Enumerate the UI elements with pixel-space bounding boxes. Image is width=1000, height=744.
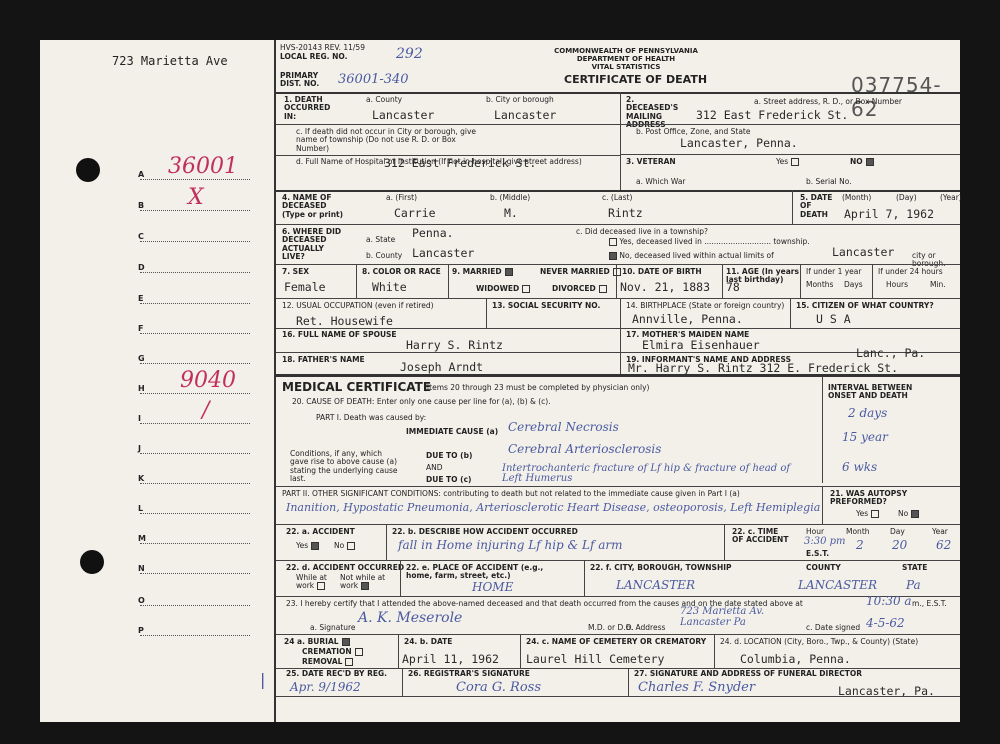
father-name: Joseph Arndt — [400, 360, 483, 374]
medical-note: (Items 20 through 23 must be completed b… — [424, 384, 649, 392]
date-signed-label: c. Date signed — [806, 624, 860, 632]
stub-line-k: K — [140, 468, 250, 484]
citizenship: U S A — [816, 312, 851, 326]
accident-occurred-label: 22. d. ACCIDENT OCCURRED — [286, 564, 404, 572]
stub-line-e: E — [140, 288, 250, 304]
accident-month: 2 — [856, 538, 864, 552]
agency-line-2: DEPARTMENT OF HEALTH — [536, 55, 716, 63]
accident-state: Pa — [906, 578, 921, 592]
min-label: Min. — [930, 281, 946, 289]
interval-a: 2 days — [848, 406, 887, 420]
burial-date-label: 24. b. DATE — [404, 638, 452, 646]
medical-certificate-title: MEDICAL CERTIFICATE — [282, 380, 431, 394]
certificate-form: HVS-20143 REV. 11/59 LOCAL REG. NO. 292 … — [276, 40, 960, 722]
ssn-label: 13. SOCIAL SECURITY NO. — [492, 302, 600, 310]
under-year-label: If under 1 year — [806, 268, 861, 276]
stub-line-i: I/ — [140, 408, 250, 424]
cause-b: Cerebral Arteriosclerosis — [508, 442, 661, 456]
item6-label: 6. WHERE DID DECEASED ACTUALLY LIVE? — [282, 228, 342, 261]
cremation-option[interactable]: CREMATION — [302, 648, 363, 656]
other-conditions: Inanition, Hypostatic Pneumonia, Arterio… — [286, 502, 826, 513]
hospital-name: 312 East Frederick St. — [384, 156, 536, 170]
acc-day-label: Day — [890, 528, 905, 536]
accident-day: 20 — [892, 538, 907, 552]
last-name: Rintz — [608, 206, 643, 220]
accident-desc-label: 22. b. DESCRIBE HOW ACCIDENT OCCURRED — [392, 528, 578, 536]
accident-city: LANCASTER — [616, 578, 695, 592]
cemetery-label: 24. c. NAME OF CEMETERY OR CREMATORY — [526, 638, 706, 646]
due-c-label: DUE TO (c) — [426, 476, 471, 484]
address-label: b. Address — [626, 624, 665, 632]
physician-signature: A. K. Meserole — [358, 610, 462, 626]
serial-label: b. Serial No. — [806, 178, 852, 186]
while-at-work[interactable]: While at work — [296, 574, 336, 591]
sex-label: 7. SEX — [282, 268, 309, 276]
punch-hole — [76, 158, 100, 182]
stub-line-c: C — [140, 226, 250, 242]
never-married-option[interactable]: NEVER MARRIED — [540, 268, 621, 276]
residence-state: Penna. — [412, 226, 454, 240]
citizen-label: 15. CITIZEN OF WHAT COUNTRY? — [796, 302, 934, 310]
mailing-post: Lancaster, Penna. — [680, 136, 798, 150]
city-label: b. City or borough — [486, 96, 554, 104]
stub-line-d: D — [140, 257, 250, 273]
months-label: Months — [806, 281, 833, 289]
burial-date: April 11, 1962 — [402, 652, 499, 666]
stub-line-g: G — [140, 348, 250, 364]
race-label: 8. COLOR OR RACE — [362, 268, 441, 276]
interval-label: INTERVAL BETWEEN ONSET AND DEATH — [828, 384, 918, 401]
birthplace-label: 14. BIRTHPLACE (State or foreign country… — [626, 302, 784, 310]
death-county: Lancaster — [372, 108, 434, 122]
registrar-signature: Cora G. Ross — [456, 680, 541, 695]
stub-line-n: N — [140, 558, 250, 574]
date-of-death: April 7, 1962 — [844, 207, 934, 221]
under-24-label: If under 24 hours — [878, 268, 943, 276]
stub-line-b: BX — [140, 195, 250, 211]
residence-county: Lancaster — [412, 246, 474, 260]
date-received: Apr. 9/1962 — [290, 680, 361, 694]
occupation-label: 12. USUAL OCCUPATION (even if retired) — [282, 302, 434, 310]
date-signed: 4-5-62 — [866, 616, 905, 630]
accident-description: fall in Home injuring Lf hip & Lf arm — [398, 538, 623, 552]
street-label: a. Street address, R. D., or Box Number — [754, 98, 902, 106]
est-label: E.S.T. — [806, 550, 829, 558]
removal-option[interactable]: REMOVAL — [302, 658, 353, 666]
month-label: (Month) — [842, 194, 871, 202]
year-label: (Year) — [940, 194, 962, 202]
last-label: c. (Last) — [602, 194, 632, 202]
veteran-label: 3. VETERAN — [626, 158, 676, 166]
accident-no[interactable]: No — [334, 542, 355, 550]
accident-hour: 3:30 pm — [804, 536, 846, 547]
item5-label: 5. DATE OF DEATH — [800, 194, 834, 219]
days-label: Days — [844, 281, 863, 289]
first-name: Carrie — [394, 206, 436, 220]
accident-county-label: COUNTY — [806, 564, 841, 572]
item4-label: 4. NAME OF DECEASED (Type or print) — [282, 194, 352, 219]
stub-address: 723 Marietta Ave — [112, 54, 228, 68]
veteran-yes[interactable]: Yes — [776, 158, 799, 166]
war-label: a. Which War — [636, 178, 686, 186]
middle-label: b. (Middle) — [490, 194, 530, 202]
post-label: b. Post Office, Zone, and State — [636, 128, 750, 136]
stub-line-o: O — [140, 590, 250, 606]
stub-line-a: A36001 — [140, 164, 250, 180]
local-reg-value: 292 — [396, 46, 423, 62]
autopsy-label: 21. WAS AUTOPSY PREFORMED? — [830, 490, 910, 507]
burial-option[interactable]: 24 a. BURIAL — [284, 638, 350, 646]
township-question: c. Did deceased live in a township? — [576, 228, 708, 236]
not-at-work[interactable]: Not while at work — [340, 574, 386, 591]
married-option[interactable]: 9. MARRIED — [452, 268, 513, 276]
spouse-label: 16. FULL NAME OF SPOUSE — [282, 331, 397, 339]
divorced-option[interactable]: DIVORCED — [552, 285, 607, 293]
item1-label: 1. DEATH OCCURRED IN: — [284, 96, 344, 121]
township-no[interactable]: No, deceased lived within actual limits … — [606, 252, 774, 260]
stub-line-p: P — [140, 620, 250, 636]
father-label: 18. FATHER'S NAME — [282, 356, 365, 364]
sex: Female — [284, 280, 326, 294]
widowed-option[interactable]: WIDOWED — [476, 285, 530, 293]
occupation: Ret. Housewife — [296, 314, 393, 328]
middle-name: M. — [504, 206, 518, 220]
immediate-cause-label: IMMEDIATE CAUSE (a) — [406, 428, 498, 436]
township-yes[interactable]: Yes, deceased lived in .................… — [606, 238, 810, 246]
date-received-label: 25. DATE REC'D BY REG. — [286, 670, 387, 678]
first-label: a. (First) — [386, 194, 417, 202]
accident-county: LANCASTER — [798, 578, 877, 592]
mailing-street: 312 East Frederick St. — [696, 108, 848, 122]
and-label: AND — [426, 464, 443, 472]
cause-label: 20. CAUSE OF DEATH: Enter only one cause… — [292, 398, 551, 406]
spouse-name: Harry S. Rintz — [406, 338, 503, 352]
race: White — [372, 280, 407, 294]
veteran-no[interactable]: NO — [850, 158, 874, 166]
death-certificate: 723 Marietta Ave A36001 BX C D E F G H90… — [40, 40, 960, 722]
state-label: a. State — [366, 236, 395, 244]
stub-line-m: M — [140, 528, 250, 544]
form-id: HVS-20143 REV. 11/59 — [280, 44, 365, 52]
local-reg-label: LOCAL REG. NO. — [280, 53, 347, 61]
conditions-label: Conditions, if any, which gave rise to a… — [290, 450, 400, 483]
res-county-label: b. County — [366, 252, 402, 260]
time-suffix: m., E.S.T. — [912, 600, 947, 608]
accident-state-label: STATE — [902, 564, 927, 572]
informant: Mr. Harry S. Rintz 312 E. Frederick St. — [628, 361, 898, 375]
death-city: Lancaster — [494, 108, 556, 122]
accident-place: HOME — [472, 580, 513, 594]
accident-yes[interactable]: Yes — [296, 542, 319, 550]
accident-year: 62 — [936, 538, 951, 552]
punch-hole — [80, 550, 104, 574]
hour-label: Hour — [806, 528, 824, 536]
part1-label: PART I. Death was caused by: — [316, 414, 426, 422]
cause-a: Cerebral Necrosis — [508, 420, 619, 434]
cause-c: Intertrochanteric fracture of Lf hip & f… — [502, 464, 802, 484]
stub-line-h: H9040 — [140, 378, 250, 394]
autopsy-no[interactable]: No — [898, 510, 919, 518]
physician-address: 723 Marietta Av. Lancaster Pa — [680, 606, 790, 628]
accident-place-label: 22. e. PLACE OF ACCIDENT (e.g., home, fa… — [406, 564, 566, 581]
funeral-director-label: 27. SIGNATURE AND ADDRESS OF FUNERAL DIR… — [634, 670, 862, 678]
acc-year-label: Year — [932, 528, 948, 536]
primary-dist-value: 36001-340 — [338, 72, 409, 87]
accident-label: 22. a. ACCIDENT — [286, 528, 355, 536]
registrar-label: 26. REGISTRAR'S SIGNATURE — [408, 670, 530, 678]
accident-city-label: 22. f. CITY, BOROUGH, TOWNSHIP — [590, 564, 732, 572]
date-of-birth: Nov. 21, 1883 — [620, 280, 710, 294]
primary-dist-label: PRIMARY DIST. NO. — [280, 72, 320, 89]
due-b-label: DUE TO (b) — [426, 452, 472, 460]
residence-city: Lancaster — [832, 245, 894, 259]
age: 78 — [726, 280, 740, 294]
birthplace: Annville, Penna. — [632, 312, 743, 326]
signature-label: a. Signature — [310, 624, 356, 632]
county-label: a. County — [366, 96, 402, 104]
stub-line-j: J — [140, 438, 250, 454]
accident-time-label: 22. c. TIME OF ACCIDENT — [732, 528, 792, 545]
mother-maiden-name: Elmira Eisenhauer — [642, 338, 760, 352]
acc-month-label: Month — [846, 528, 870, 536]
stub-line-f: F — [140, 318, 250, 334]
agency-line-1: COMMONWEALTH OF PENNSYLVANIA — [536, 47, 716, 55]
day-label: (Day) — [896, 194, 917, 202]
cemetery-location: Columbia, Penna. — [740, 652, 851, 666]
interval-c: 6 wks — [842, 460, 877, 474]
funeral-director-signature: Charles F. Snyder — [638, 680, 755, 695]
autopsy-yes[interactable]: Yes — [856, 510, 879, 518]
dob-label: 10. DATE OF BIRTH — [622, 268, 702, 276]
location-label: 24. d. LOCATION (City, Boro., Twp., & Co… — [720, 638, 918, 646]
cemetery-name: Laurel Hill Cemetery — [526, 652, 664, 666]
township-label: c. If death did not occur in City or bor… — [296, 128, 486, 153]
part2-label: PART II. OTHER SIGNIFICANT CONDITIONS: c… — [282, 490, 822, 498]
interval-b: 15 year — [842, 430, 888, 444]
certificate-title: CERTIFICATE OF DEATH — [564, 73, 707, 86]
stub-mark: | — [260, 670, 265, 689]
informant-city: Lanc., Pa. — [856, 346, 925, 360]
hours-label: Hours — [886, 281, 908, 289]
stub-line-l: L — [140, 498, 250, 514]
agency-line-3: VITAL STATISTICS — [536, 63, 716, 71]
index-stub: 723 Marietta Ave A36001 BX C D E F G H90… — [40, 40, 276, 722]
certification-time: 10:30 a — [866, 594, 912, 608]
